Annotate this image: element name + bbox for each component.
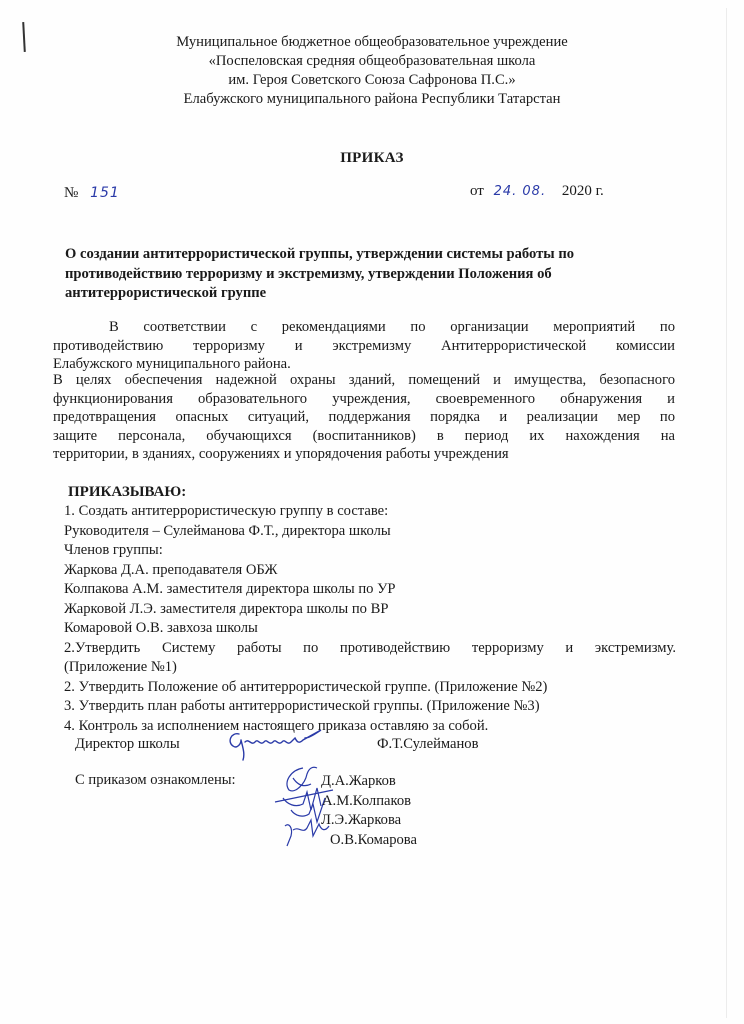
- institution-header: Муниципальное бюджетное общеобразователь…: [0, 33, 744, 109]
- order-item: (Приложение №1): [64, 658, 676, 678]
- order-item: 2.Утвердить Системy работы по противодей…: [64, 639, 676, 659]
- header-line: Муниципальное бюджетное общеобразователь…: [0, 33, 744, 52]
- acknowledgement-block: С приказом ознакомлены: Д.А.Жарков А.М.К…: [75, 772, 495, 872]
- subject-line: О создании антитеррористической группы, …: [65, 245, 665, 265]
- header-line: Елабужского муниципального района Респуб…: [0, 90, 744, 109]
- order-item: 2. Утвердить Положение об антитеррористи…: [64, 678, 676, 698]
- acknowledgement-label: С приказом ознакомлены:: [75, 772, 236, 789]
- order-subject: О создании антитеррористической группы, …: [65, 245, 665, 304]
- order-item: 4. Контроль за исполнением настоящего пр…: [64, 717, 676, 737]
- date-value-handwritten: 24. 08.: [494, 184, 546, 199]
- order-item: Жарковой Л.Э. заместителя директора школ…: [64, 600, 676, 620]
- acknowledged-names: Д.А.Жарков А.М.Колпаков Л.Э.Жаркова О.В.…: [321, 772, 417, 850]
- order-item: 1. Создать антитеррористическую группу в…: [64, 502, 676, 522]
- preamble-line: защите персонала, обучающихся (воспитанн…: [53, 427, 675, 446]
- preamble-paragraph-1: В соответствии с рекомендациями по орган…: [53, 318, 675, 374]
- document-title: ПРИКАЗ: [0, 150, 744, 167]
- order-item: Членов группы:: [64, 541, 676, 561]
- ack-name: А.М.Колпаков: [321, 792, 417, 812]
- director-signature-icon: [225, 724, 335, 764]
- order-item: Комаровой О.В. завхоза школы: [64, 619, 676, 639]
- order-items: 1. Создать антитеррористическую группу в…: [64, 502, 676, 736]
- header-line: им. Героя Советского Союза Сафронова П.С…: [0, 71, 744, 90]
- preamble-line: противодействию терроризму и экстремизму…: [53, 337, 675, 356]
- preamble-paragraph-2: В целях обеспечения надежной охраны здан…: [53, 371, 675, 464]
- document-page: Муниципальное бюджетное общеобразователь…: [0, 0, 744, 1024]
- number-label: №: [64, 185, 78, 201]
- order-item: Руководителя – Сулейманова Ф.Т., директо…: [64, 522, 676, 542]
- preamble-line: территории, в зданиях, сооружениях и упо…: [53, 445, 675, 464]
- subject-line: противодействию терроризму и экстремизму…: [65, 265, 665, 285]
- ack-name: Д.А.Жарков: [321, 772, 417, 792]
- order-item: 3. Утвердить план работы антитеррористич…: [64, 697, 676, 717]
- subject-line: антитеррористической группе: [65, 284, 665, 304]
- director-signature-row: Директор школы Ф.Т.Сулейманов: [75, 736, 575, 766]
- preamble-line: В соответствии с рекомендациями по орган…: [53, 318, 675, 337]
- preamble-line: В целях обеспечения надежной охраны здан…: [53, 371, 675, 390]
- ack-name: О.В.Комарова: [321, 831, 417, 851]
- order-heading: ПРИКАЗЫВАЮ:: [68, 484, 186, 501]
- number-value-handwritten: 151: [90, 185, 120, 201]
- preamble-line: функционирования образовательного учрежд…: [53, 390, 675, 409]
- order-date: от 24. 08. 2020 г.: [470, 183, 604, 200]
- date-prefix: от: [470, 183, 484, 199]
- director-label: Директор школы: [75, 736, 180, 753]
- ack-name: Л.Э.Жаркова: [321, 811, 417, 831]
- director-name: Ф.Т.Сулейманов: [377, 736, 479, 753]
- date-year: 2020 г.: [562, 183, 604, 199]
- order-item: Жаркова Д.А. преподавателя ОБЖ: [64, 561, 676, 581]
- header-line: «Поспеловская средняя общеобразовательна…: [0, 52, 744, 71]
- preamble-line: предотвращения опасных ситуаций, поддерж…: [53, 408, 675, 427]
- order-item: Колпакова А.М. заместителя директора шко…: [64, 580, 676, 600]
- order-number: № 151: [64, 185, 120, 202]
